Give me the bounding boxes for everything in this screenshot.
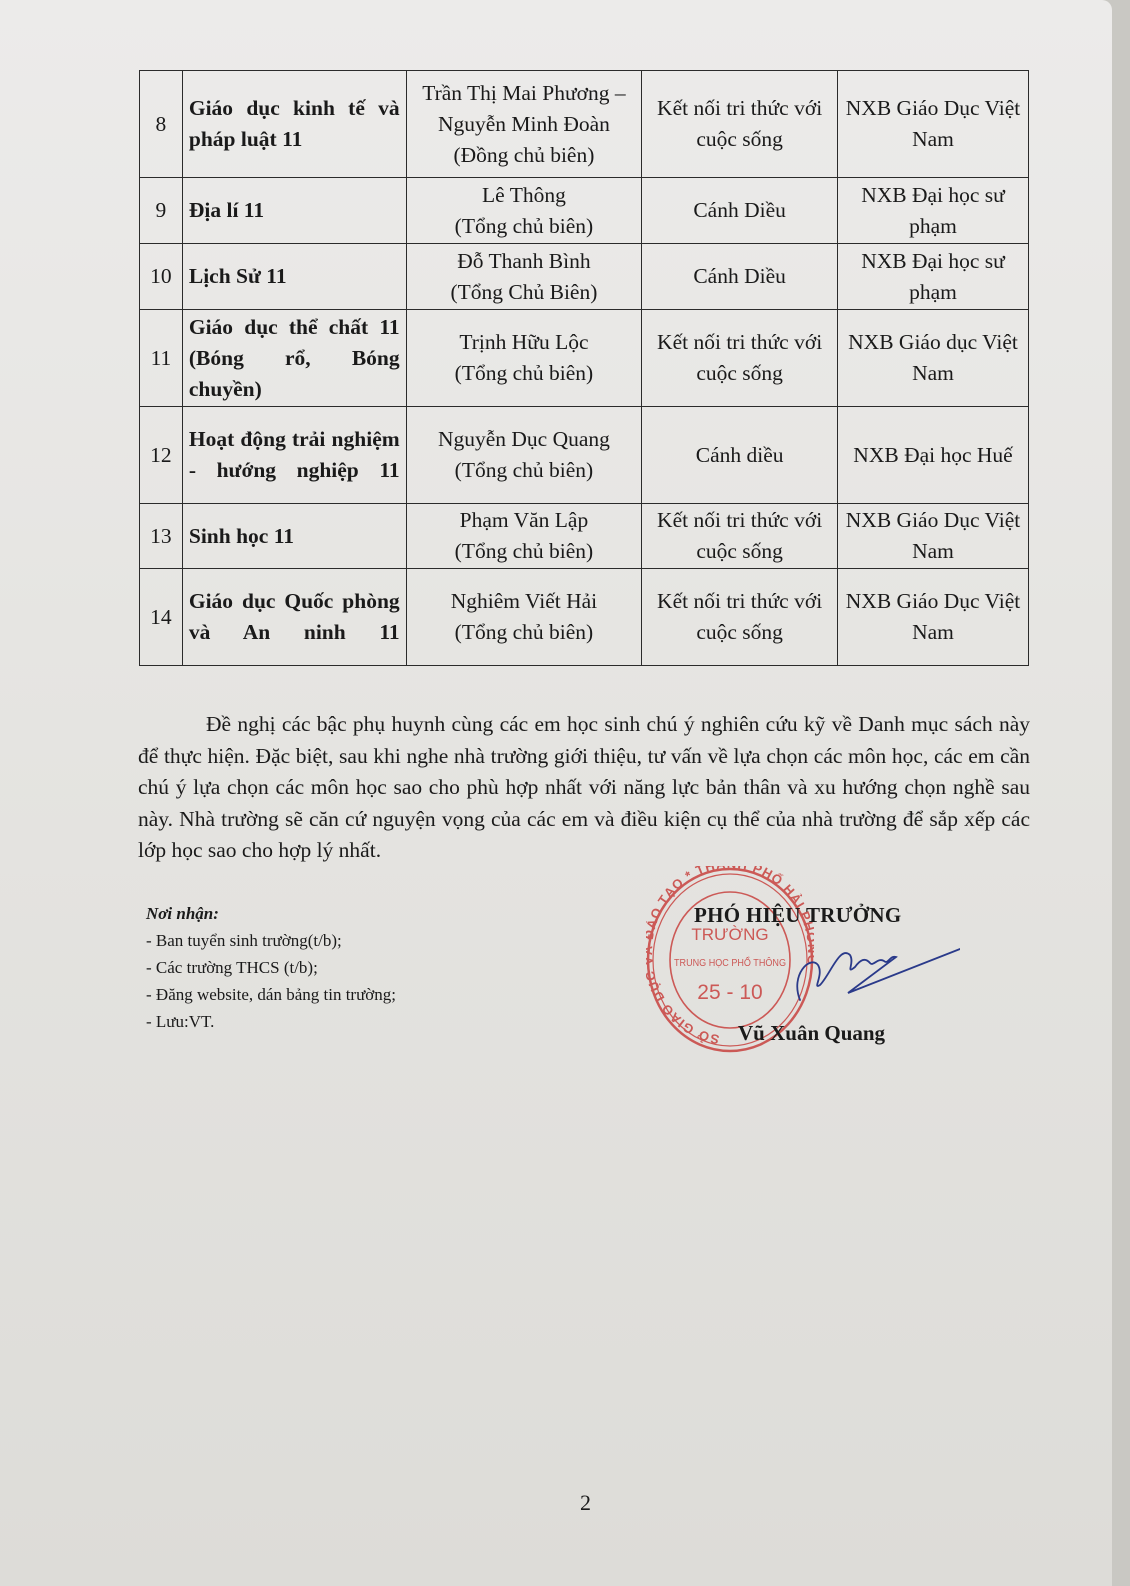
author-line: (Tổng chủ biên) [413,455,636,486]
author-line: Lê Thông [413,180,636,211]
svg-text:25 - 10: 25 - 10 [697,981,762,1004]
row-number: 14 [140,569,183,666]
book-publisher: NXB Giáo Dục Việt Nam [838,504,1029,569]
author-line: Nghiêm Viết Hải [413,586,636,617]
author-line: Đỗ Thanh Bình [413,246,636,277]
book-author: Nguyễn Dục Quang(Tổng chủ biên) [406,407,642,504]
author-line: Trần Thị Mai Phương – [413,78,636,109]
book-publisher: NXB Giáo Dục Việt Nam [838,569,1029,666]
author-line: (Tổng chủ biên) [413,358,636,389]
book-title: Giáo dục thể chất 11 (Bóng rổ, Bóng chuy… [182,310,406,407]
book-publisher: NXB Giáo dục Việt Nam [838,310,1029,407]
table-row: 14Giáo dục Quốc phòng và An ninh 11Nghiê… [140,569,1029,666]
row-number: 12 [140,407,183,504]
recipient-item: - Ban tuyển sinh trường(t/b); [146,927,566,954]
table-row: 10Lịch Sử 11Đỗ Thanh Bình(Tổng Chủ Biên)… [140,244,1029,310]
book-title: Địa lí 11 [182,178,406,244]
author-line: Nguyễn Minh Đoàn [413,109,636,140]
row-number: 8 [140,71,183,178]
recipient-item: - Đăng website, dán bảng tin trường; [146,981,566,1008]
recipient-item: - Các trường THCS (t/b); [146,954,566,981]
book-author: Đỗ Thanh Bình(Tổng Chủ Biên) [406,244,642,310]
book-title: Lịch Sử 11 [182,244,406,310]
recipients-block: Nơi nhận: - Ban tuyển sinh trường(t/b); … [146,900,566,1035]
book-author: Lê Thông(Tổng chủ biên) [406,178,642,244]
row-number: 11 [140,310,183,407]
author-line: (Đồng chủ biên) [413,140,636,171]
book-title: Giáo dục Quốc phòng và An ninh 11 [182,569,406,666]
textbook-list-table: 8Giáo dục kinh tế và pháp luật 11Trần Th… [139,70,1029,666]
author-line: (Tổng Chủ Biên) [413,277,636,308]
book-series: Kết nối tri thức với cuộc sống [642,71,838,178]
book-title: Hoạt động trải nghiệm - hướng nghiệp 11 [182,407,406,504]
table-row: 13Sinh học 11Phạm Văn Lập(Tổng chủ biên)… [140,504,1029,569]
handwritten-signature-icon [760,935,960,1005]
book-title: Giáo dục kinh tế và pháp luật 11 [182,71,406,178]
table-row: 11Giáo dục thể chất 11 (Bóng rổ, Bóng ch… [140,310,1029,407]
table-row: 12Hoạt động trải nghiệm - hướng nghiệp 1… [140,407,1029,504]
author-line: Phạm Văn Lập [413,505,636,536]
table-row: 9Địa lí 11Lê Thông(Tổng chủ biên)Cánh Di… [140,178,1029,244]
body-paragraph: Đề nghị các bậc phụ huynh cùng các em họ… [138,709,1030,867]
book-series: Cánh Diều [642,178,838,244]
book-series: Kết nối tri thức với cuộc sống [642,569,838,666]
row-number: 13 [140,504,183,569]
row-number: 9 [140,178,183,244]
recipient-item: - Lưu:VT. [146,1008,566,1035]
book-series: Cánh Diều [642,244,838,310]
author-line: Nguyễn Dục Quang [413,424,636,455]
book-publisher: NXB Đại học Huế [838,407,1029,504]
book-series: Kết nối tri thức với cuộc sống [642,310,838,407]
book-author: Nghiêm Viết Hải(Tổng chủ biên) [406,569,642,666]
signer-name: Vũ Xuân Quang [738,1021,885,1046]
author-line: (Tổng chủ biên) [413,211,636,242]
page-number: 2 [580,1490,591,1516]
book-author: Trịnh Hữu Lộc(Tổng chủ biên) [406,310,642,407]
author-line: Trịnh Hữu Lộc [413,327,636,358]
book-author: Trần Thị Mai Phương –Nguyễn Minh Đoàn(Đồ… [406,71,642,178]
signer-title: PHÓ HIỆU TRƯỞNG [694,903,902,928]
recipients-heading: Nơi nhận: [146,900,566,927]
book-series: Cánh diều [642,407,838,504]
book-series: Kết nối tri thức với cuộc sống [642,504,838,569]
book-publisher: NXB Đại học sư phạm [838,178,1029,244]
row-number: 10 [140,244,183,310]
author-line: (Tổng chủ biên) [413,536,636,567]
book-author: Phạm Văn Lập(Tổng chủ biên) [406,504,642,569]
table-row: 8Giáo dục kinh tế và pháp luật 11Trần Th… [140,71,1029,178]
book-title: Sinh học 11 [182,504,406,569]
book-publisher: NXB Đại học sư phạm [838,244,1029,310]
book-publisher: NXB Giáo Dục Việt Nam [838,71,1029,178]
author-line: (Tổng chủ biên) [413,617,636,648]
document-page: 8Giáo dục kinh tế và pháp luật 11Trần Th… [0,0,1112,1586]
